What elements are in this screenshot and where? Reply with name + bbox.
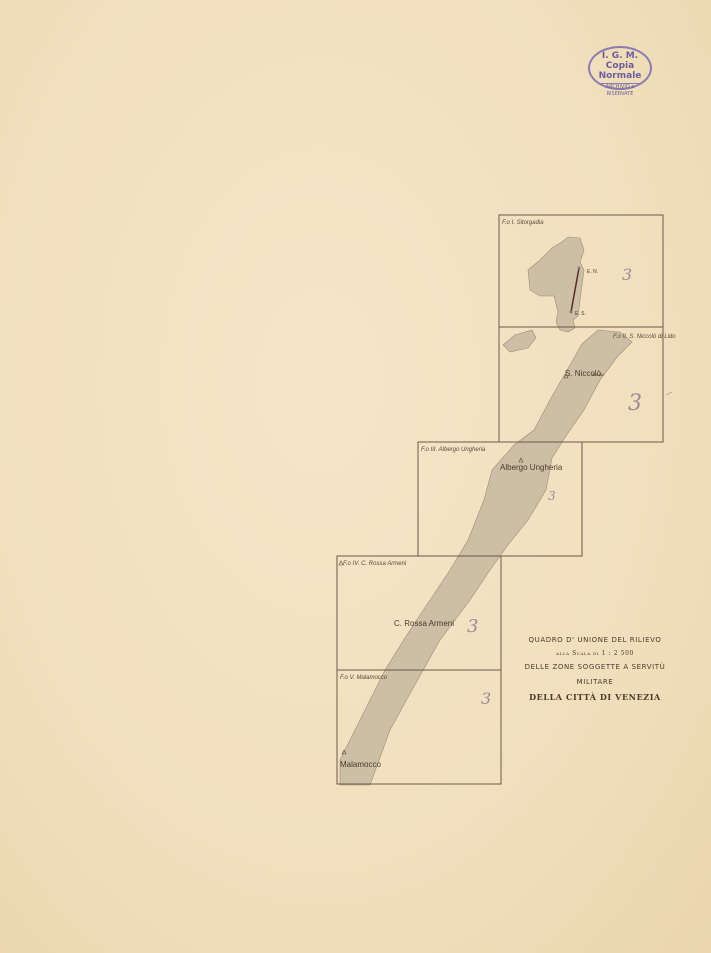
label-rossa-armeni: C. Rossa Armeni bbox=[394, 619, 454, 628]
pencil-mark-iii: 3 bbox=[548, 489, 556, 503]
pencil-mark-iv: 3 bbox=[467, 616, 478, 637]
label-s-niccolo-sub: di Lido bbox=[592, 372, 605, 377]
label-es: E. S. bbox=[575, 311, 586, 317]
sheet-label-i: F.o I. Sitorgadia bbox=[502, 220, 544, 226]
sheet-label-iii: F.o III. Albergo Ungheria bbox=[421, 447, 486, 453]
label-malamocco: Malamocco bbox=[340, 760, 381, 769]
pencil-mark-ii: 3 bbox=[628, 391, 642, 416]
sheet-label-v: F.o V. Malamocco bbox=[340, 675, 388, 681]
label-en: E. N. bbox=[587, 269, 598, 275]
sheet-label-ii: F.o II. S. Niccolò di Lido bbox=[613, 334, 676, 340]
title-line3: DELLE ZONE SOGGETTE A SERVITÙ MILITARE bbox=[505, 660, 685, 690]
islet bbox=[503, 330, 536, 352]
title-line2-scale: alla Scala di 1 : 2 500 bbox=[505, 647, 685, 660]
sheet-label-iv: F.o IV. C. Rossa Armeni bbox=[343, 561, 407, 567]
index-map: F.o I. Sitorgadia F.o II. S. Niccolò di … bbox=[0, 0, 711, 953]
label-albergo-ungheria: Albergo Ungheria bbox=[500, 463, 563, 472]
lido-strip bbox=[340, 330, 632, 785]
title-line1: QUADRO D' UNIONE DEL RILIEVO bbox=[505, 634, 685, 647]
map-title-block: QUADRO D' UNIONE DEL RILIEVO alla Scala … bbox=[505, 634, 685, 705]
pencil-mark-i: 3 bbox=[622, 265, 632, 284]
pencil-mark-v: 3 bbox=[481, 689, 491, 708]
title-line4: DELLA CITTÀ DI VENEZIA bbox=[505, 690, 685, 705]
